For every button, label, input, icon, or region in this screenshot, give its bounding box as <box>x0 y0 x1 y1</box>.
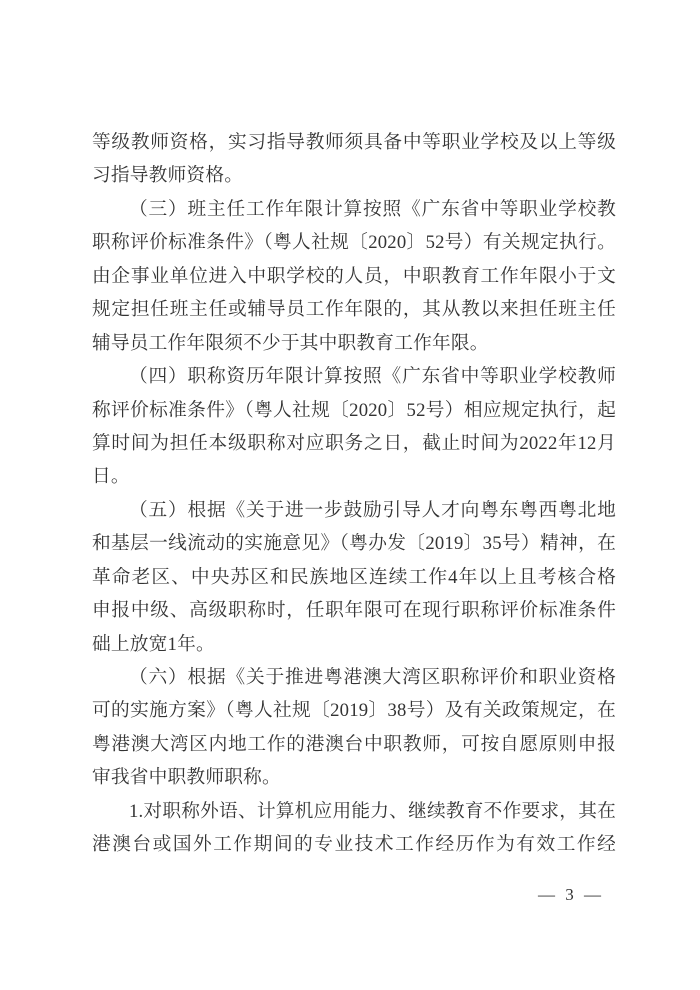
text-line: 粤港澳大湾区内地工作的港澳台中职教师，可按自愿原则申报评 <box>92 728 616 761</box>
text-line: 等级教师资格，实习指导教师须具备中等职业学校及以上等级实 <box>92 126 616 159</box>
text-line: 职称评价标准条件》（粤人社规〔2020〕52号）有关规定执行。 <box>92 226 616 259</box>
text-line: 由企事业单位进入中职学校的人员，中职教育工作年限小于文件 <box>92 260 616 293</box>
text-line: 1.对职称外语、计算机应用能力、继续教育不作要求，其在 <box>92 795 616 828</box>
text-line: （三）班主任工作年限计算按照《广东省中等职业学校教师 <box>92 193 616 226</box>
page-number: — 3 — <box>538 884 604 906</box>
document-page: 等级教师资格，实习指导教师须具备中等职业学校及以上等级实 习指导教师资格。 （三… <box>0 0 700 990</box>
text-line: 规定担任班主任或辅导员工作年限的，其从教以来担任班主任或 <box>92 293 616 326</box>
text-line: 习指导教师资格。 <box>92 159 616 192</box>
text-line: 审我省中职教师职称。 <box>92 761 616 794</box>
document-body: 等级教师资格，实习指导教师须具备中等职业学校及以上等级实 习指导教师资格。 （三… <box>92 126 616 862</box>
text-line: 称评价标准条件》（粤人社规〔2020〕52号）相应规定执行，起 <box>92 394 616 427</box>
text-line: 申报中级、高级职称时，任职年限可在现行职称评价标准条件基 <box>92 594 616 627</box>
text-line: 础上放宽1年。 <box>92 628 616 661</box>
text-line: 革命老区、中央苏区和民族地区连续工作4年以上且考核合格的， <box>92 561 616 594</box>
text-line: （五）根据《关于进一步鼓励引导人才向粤东粤西粤北地区 <box>92 494 616 527</box>
text-line: （六）根据《关于推进粤港澳大湾区职称评价和职业资格认 <box>92 661 616 694</box>
text-line: （四）职称资历年限计算按照《广东省中等职业学校教师职 <box>92 360 616 393</box>
text-line: 港澳台或国外工作期间的专业技术工作经历作为有效工作经历， <box>92 828 616 861</box>
text-line: 可的实施方案》（粤人社规〔2019〕38号）及有关政策规定，在 <box>92 694 616 727</box>
text-line: 和基层一线流动的实施意见》（粤办发〔2019〕35号）精神，在 <box>92 527 616 560</box>
text-line: 日。 <box>92 460 616 493</box>
text-line: 算时间为担任本级职称对应职务之日，截止时间为2022年12月31 <box>92 427 616 460</box>
text-line: 辅导员工作年限须不少于其中职教育工作年限。 <box>92 327 616 360</box>
